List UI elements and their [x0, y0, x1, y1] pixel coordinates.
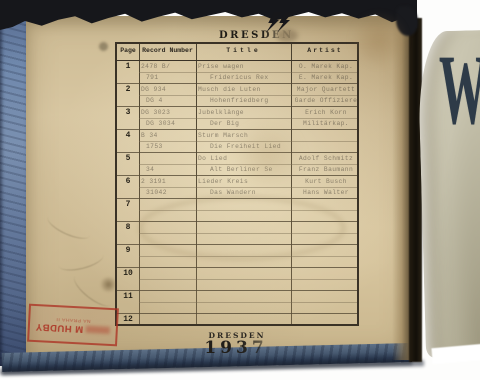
row-page-number: 9 [117, 246, 139, 256]
cell-record-number: 2478 B/791 [141, 62, 195, 84]
cell-artist: Major QuartettGarde Offiziere [293, 85, 359, 107]
row-page-number: 2 [117, 85, 139, 95]
stamp-line-1: M HUDBY [35, 321, 110, 336]
row-page-number: 1 [117, 62, 139, 72]
cell-artist: Kurt BuschHans Walter [293, 177, 359, 199]
index-table: Page Record Number Title Artist 1 2478 B… [115, 42, 359, 326]
cell-title: Lieder KreisDas Wandern [198, 177, 290, 199]
header-title: Title [196, 47, 291, 54]
table-row: 3 DG 3023DG 3034 JubelklängeDer Big Eric… [117, 107, 357, 130]
cell-title [198, 292, 290, 314]
header-artist: Artist [291, 47, 359, 54]
table-row: 12 [117, 314, 357, 326]
row-page-number: 4 [117, 131, 139, 141]
cell-title: JubelklängeDer Big [198, 108, 290, 130]
table-row: 7 [117, 199, 357, 222]
table-row: 1 2478 B/791 Prise wagenFridericus Rex O… [117, 61, 357, 84]
row-page-number: 11 [117, 292, 139, 302]
table-row: 10 [117, 268, 357, 291]
ink-smudge [276, 29, 298, 42]
cell-title [198, 269, 290, 291]
cell-artist: O. Marek Kap.E. Marek Kap. [293, 62, 359, 84]
table-row: 2 DG 934DG 4 Musch die LutenHohenfriedbe… [117, 84, 357, 107]
cell-record-number: B 341753 [141, 131, 195, 153]
cell-artist [293, 223, 359, 245]
next-page-torn-corner [431, 344, 480, 364]
cell-title: Sturm MarschDie Freiheit Lied [198, 131, 290, 153]
table-row: 8 [117, 222, 357, 245]
cell-record-number [141, 315, 195, 326]
cell-artist: Adolf SchmitzFranz Baumann [293, 154, 359, 176]
cell-record-number [141, 200, 195, 222]
cell-title [198, 246, 290, 268]
cell-record-number [141, 246, 195, 268]
header-page: Page [117, 47, 139, 54]
cell-artist [293, 269, 359, 291]
row-page-number: 5 [117, 154, 139, 164]
table-row: 4 B 341753 Sturm MarschDie Freiheit Lied [117, 130, 357, 153]
shop-stamp: M HUDBY NA PRAHA II [27, 304, 119, 347]
cell-record-number [141, 269, 195, 291]
cell-record-number [141, 223, 195, 245]
cell-title: Prise wagenFridericus Rex [198, 62, 290, 84]
cell-title: Do LiedAlt Berliner Se [198, 154, 290, 176]
row-page-number: 7 [117, 200, 139, 210]
cell-artist [293, 292, 359, 314]
cell-record-number: 34 [141, 154, 195, 176]
cell-record-number [141, 292, 195, 314]
next-page-letter: W [439, 40, 480, 140]
cell-artist: Erich KornMilitärkap. [293, 108, 359, 130]
cell-artist [293, 200, 359, 222]
cell-title [198, 223, 290, 245]
table-rows: 1 2478 B/791 Prise wagenFridericus Rex O… [117, 61, 357, 326]
table-header-row: Page Record Number Title Artist [117, 44, 357, 61]
row-page-number: 8 [117, 223, 139, 233]
cell-artist [293, 131, 359, 153]
album-photo: W DRESDEN Page Record Number Title Artis… [0, 0, 480, 380]
top-edge-ink-blob [396, 6, 418, 36]
page-gap-shadow [409, 18, 422, 362]
header-record-number: Record Number [139, 47, 196, 54]
cell-artist [293, 315, 359, 326]
row-page-number: 6 [117, 177, 139, 187]
table-row: 11 [117, 291, 357, 314]
cell-title: Musch die LutenHohenfriedberg [198, 85, 290, 107]
row-page-number: 3 [117, 108, 139, 118]
cell-record-number: 2 319131042 [141, 177, 195, 199]
table-row: 9 [117, 245, 357, 268]
footer-year-label: 1937 [186, 338, 286, 358]
cell-title [198, 315, 290, 326]
cell-record-number: DG 3023DG 3034 [141, 108, 195, 130]
cell-artist [293, 246, 359, 268]
table-row: 6 2 319131042 Lieder KreisDas Wandern Ku… [117, 176, 357, 199]
row-page-number: 10 [117, 269, 139, 279]
row-page-number: 12 [117, 315, 139, 325]
cell-record-number: DG 934DG 4 [141, 85, 195, 107]
table-row: 5 34 Do LiedAlt Berliner Se Adolf Schmit… [117, 153, 357, 176]
cell-title [198, 200, 290, 222]
